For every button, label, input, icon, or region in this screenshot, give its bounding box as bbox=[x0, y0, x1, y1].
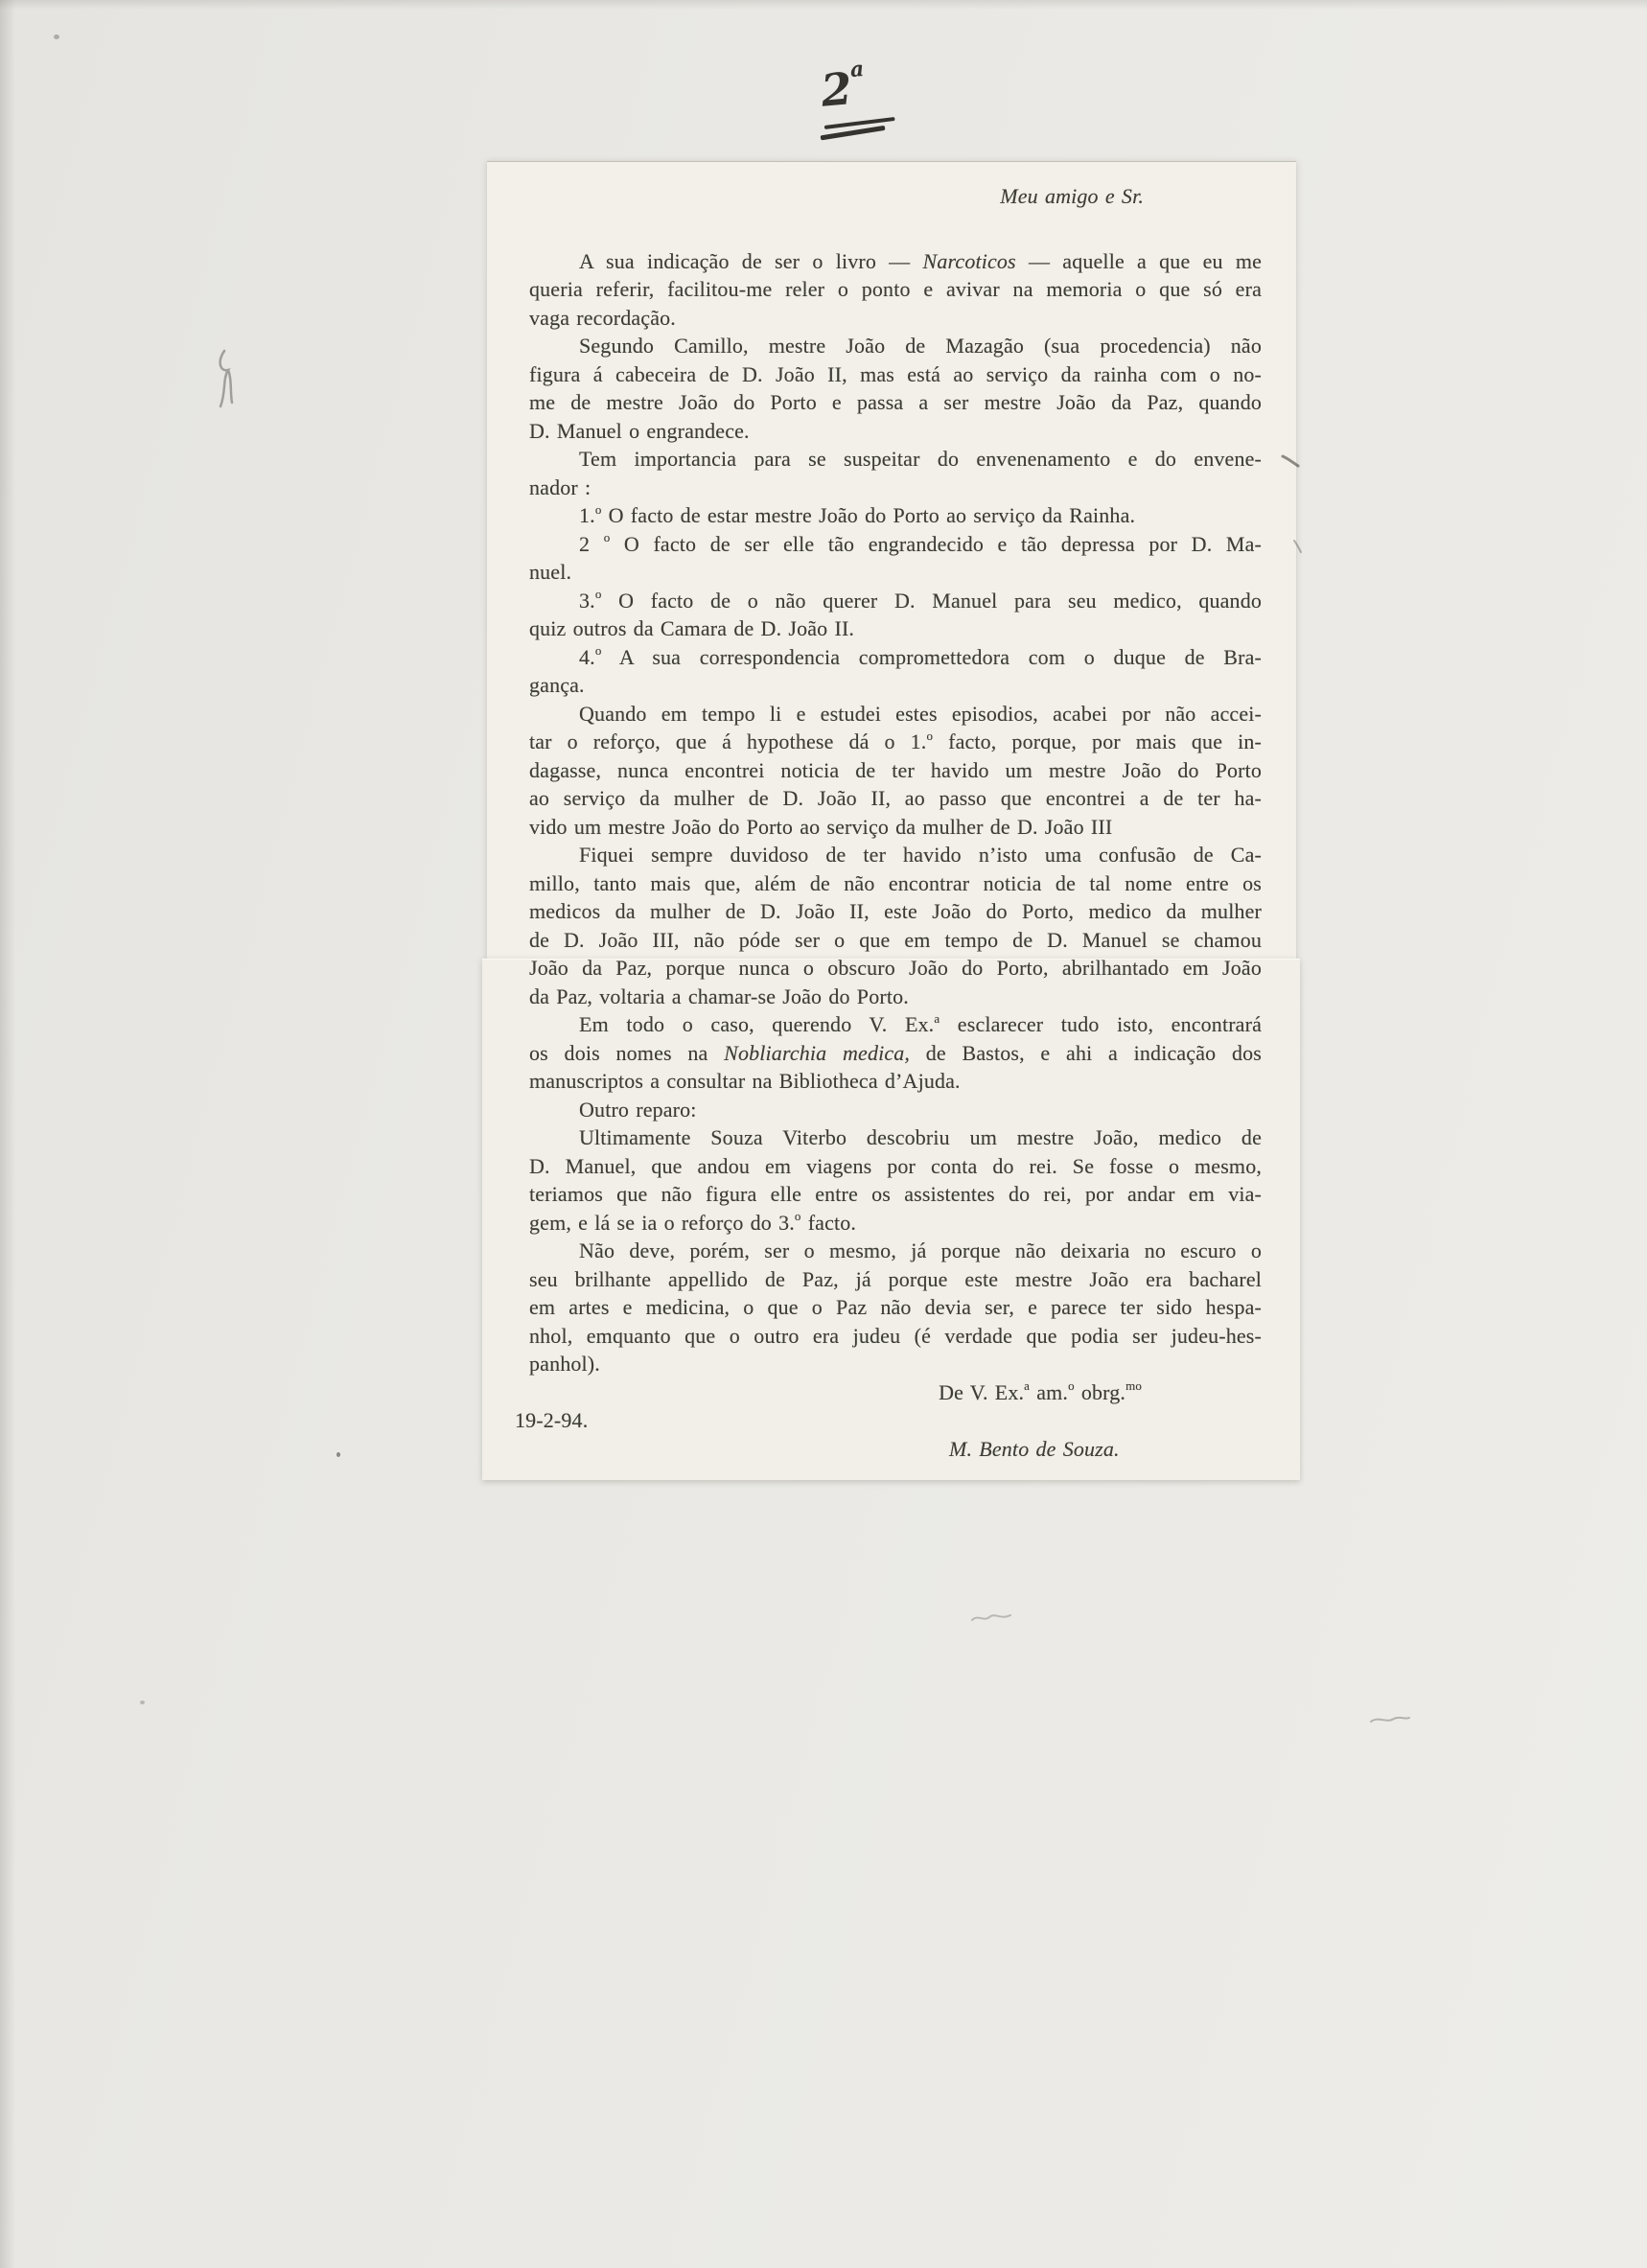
letter-line: millo, tanto mais que, além de não encon… bbox=[529, 869, 1262, 898]
letter-line: D. Manuel o engrandece. bbox=[529, 417, 1262, 446]
letter-signature: M. Bento de Souza. bbox=[529, 1435, 1262, 1464]
page-edge-shadow-left bbox=[0, 0, 15, 2268]
letter-line: teriamos que não figura elle entre os as… bbox=[529, 1180, 1262, 1209]
letter-line: Ultimamente Souza Viterbo descobriu um m… bbox=[529, 1123, 1262, 1152]
letter-line: ao serviço da mulher de D. João II, ao p… bbox=[529, 784, 1262, 813]
letter-line: manuscriptos a consultar na Bibliotheca … bbox=[529, 1067, 1262, 1096]
ink-tick-mark bbox=[1290, 539, 1306, 559]
letter-line: 3.o O facto de o não querer D. Manuel pa… bbox=[529, 587, 1262, 615]
faint-squiggle-mark bbox=[970, 1608, 1014, 1632]
letter-line: quiz outros da Camara de D. João II. bbox=[529, 614, 1262, 643]
letter-line: 2 o O facto de ser elle tão engrandecido… bbox=[529, 530, 1262, 559]
letter-line: nuel. bbox=[529, 558, 1262, 587]
letter-line: Outro reparo: bbox=[529, 1096, 1262, 1124]
letter-date: 19-2-94. bbox=[515, 1406, 1262, 1435]
letter-line: João da Paz, porque nunca o obscuro João… bbox=[529, 954, 1262, 983]
letter-line: vido um mestre João do Porto ao serviço … bbox=[529, 813, 1262, 842]
letter-line: tar o reforço, que á hypothese dá o 1.o … bbox=[529, 728, 1262, 756]
letter-line: D. Manuel, que andou em viagens por cont… bbox=[529, 1152, 1262, 1181]
letter-body: Meu amigo e Sr.A sua indicação de ser o … bbox=[529, 182, 1262, 1463]
ink-tick-mark bbox=[1281, 452, 1302, 474]
letter-line: figura á cabeceira de D. João II, mas es… bbox=[529, 360, 1262, 389]
letter-line: nador : bbox=[529, 474, 1262, 502]
letter-line: seu brilhante appellido de Paz, já porqu… bbox=[529, 1265, 1262, 1294]
letter-line: gança. bbox=[529, 671, 1262, 700]
letter-salutation: Meu amigo e Sr. bbox=[529, 182, 1262, 211]
letter-line: vaga recordação. bbox=[529, 304, 1262, 333]
letter-line: Quando em tempo li e estudei estes episo… bbox=[529, 700, 1262, 729]
letter-closing: De V. Ex.a am.o obrg.mo bbox=[529, 1378, 1262, 1407]
letter-line: A sua indicação de ser o livro — Narcoti… bbox=[529, 247, 1262, 276]
page-edge-shadow-top bbox=[0, 0, 1647, 10]
scanned-page: { "page": { "handwritten_number": "2^a^"… bbox=[0, 0, 1647, 2268]
letter-line: Tem importancia para se suspeitar do env… bbox=[529, 445, 1262, 474]
dust-speck bbox=[140, 1701, 145, 1704]
letter-line: de D. João III, não póde ser o que em te… bbox=[529, 926, 1262, 955]
dust-speck bbox=[54, 35, 59, 39]
letter-line: os dois nomes na Nobliarchia medica, de … bbox=[529, 1039, 1262, 1068]
dust-speck bbox=[336, 1452, 340, 1457]
letter-line: Em todo o caso, querendo V. Ex.a esclare… bbox=[529, 1010, 1262, 1039]
handwritten-number-text: 2a bbox=[819, 61, 868, 117]
handwritten-page-number: 2a bbox=[819, 58, 909, 150]
letter-line: panhol). bbox=[529, 1350, 1262, 1378]
faint-squiggle-mark bbox=[1369, 1712, 1411, 1732]
letter-line: 4.o A sua correspondencia compromettedor… bbox=[529, 643, 1262, 672]
letter-line: dagasse, nunca encontrei noticia de ter … bbox=[529, 756, 1262, 785]
letter-line: em artes e medicina, o que o Paz não dev… bbox=[529, 1293, 1262, 1322]
letter-line: Segundo Camillo, mestre João de Mazagão … bbox=[529, 332, 1262, 360]
pencil-squiggle-mark bbox=[209, 347, 247, 419]
letter-line: queria referir, facilitou-me reler o pon… bbox=[529, 275, 1262, 304]
letter-line: Fiquei sempre duvidoso de ter havido n’i… bbox=[529, 841, 1262, 869]
letter-line: 1.o O facto de estar mestre João do Port… bbox=[529, 501, 1262, 530]
letter-line: me de mestre João do Porto e passa a ser… bbox=[529, 388, 1262, 417]
letter-line: medicos da mulher de D. João II, este Jo… bbox=[529, 897, 1262, 926]
letter-line: gem, e lá se ia o reforço do 3.o facto. bbox=[529, 1209, 1262, 1238]
letter-line: nhol, emquanto que o outro era judeu (é … bbox=[529, 1322, 1262, 1351]
letter-line: da Paz, voltaria a chamar-se João do Por… bbox=[529, 983, 1262, 1011]
letter-line: Não deve, porém, ser o mesmo, já porque … bbox=[529, 1237, 1262, 1265]
